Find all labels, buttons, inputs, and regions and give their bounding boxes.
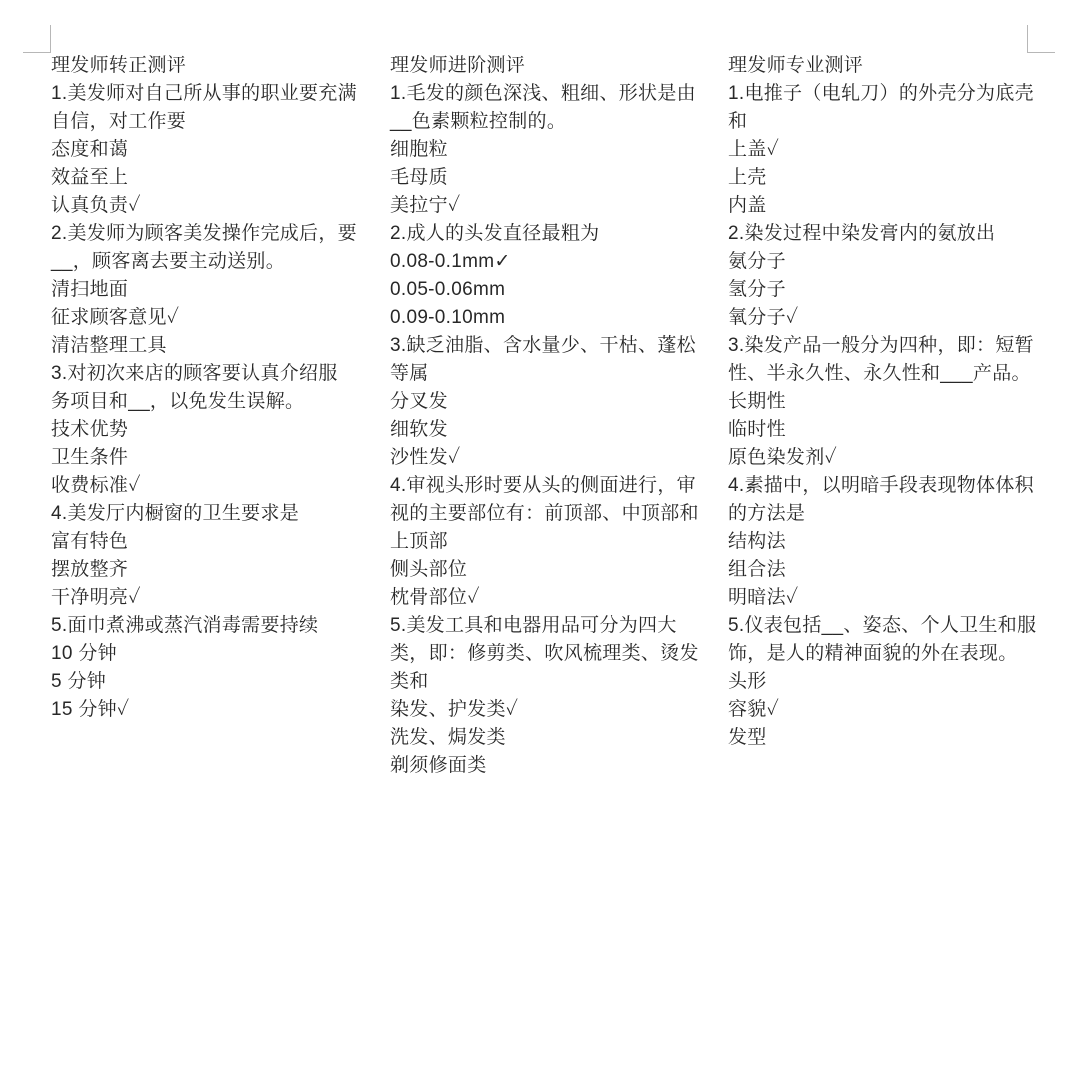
option: 5 分钟 <box>51 668 357 696</box>
option: 上盖✓ <box>728 136 1036 164</box>
option: 组合法 <box>728 556 1036 584</box>
question: 1.电推子（电轧刀）的外壳分为底壳 和 上盖✓ 上壳 内盖 <box>728 80 1036 220</box>
question-stem-line: 1.电推子（电轧刀）的外壳分为底壳 <box>728 80 1036 108</box>
question-stem-line: 务项目和__，以免发生误解。 <box>51 388 357 416</box>
question-stem-line: 自信，对工作要 <box>51 108 357 136</box>
question: 3.缺乏油脂、含水量少、干枯、蓬松 等属 分叉发 细软发 沙性发✓ <box>390 332 699 472</box>
question-stem-line: 2.染发过程中染发膏内的氨放出 <box>728 220 1036 248</box>
option: 清扫地面 <box>51 276 357 304</box>
option: 细胞粒 <box>390 136 699 164</box>
question: 2.成人的头发直径最粗为 0.08-0.1mm✓ 0.05-0.06mm 0.0… <box>390 220 699 332</box>
option: 细软发 <box>390 416 699 444</box>
option: 0.09-0.10mm <box>390 304 699 332</box>
option: 长期性 <box>728 388 1036 416</box>
option: 容貌✓ <box>728 696 1036 724</box>
question-stem-line: 5.美发工具和电器用品可分为四大 <box>390 612 699 640</box>
option: 技术优势 <box>51 416 357 444</box>
question-stem-line: 2.美发师为顾客美发操作完成后，要 <box>51 220 357 248</box>
question-stem-line: 3.缺乏油脂、含水量少、干枯、蓬松 <box>390 332 699 360</box>
question-stem-line: __色素颗粒控制的。 <box>390 108 699 136</box>
option: 氢分子 <box>728 276 1036 304</box>
question-stem-line: 1.毛发的颜色深浅、粗细、形状是由 <box>390 80 699 108</box>
option: 上壳 <box>728 164 1036 192</box>
document-page: 理发师转正测评 1.美发师对自己所从事的职业要充满 自信，对工作要 态度和蔼 效… <box>0 0 1080 1080</box>
question-stem-line: 1.美发师对自己所从事的职业要充满 <box>51 80 357 108</box>
option: 效益至上 <box>51 164 357 192</box>
question: 5.仪表包括__、姿态、个人卫生和服 饰，是人的精神面貌的外在表现。 头形 容貌… <box>728 612 1036 752</box>
option: 上顶部 <box>390 528 699 556</box>
option: 发型 <box>728 724 1036 752</box>
option: 干净明亮✓ <box>51 584 357 612</box>
option: 枕骨部位✓ <box>390 584 699 612</box>
option: 氧分子✓ <box>728 304 1036 332</box>
question: 3.对初次来店的顾客要认真介绍服 务项目和__，以免发生误解。 技术优势 卫生条… <box>51 360 357 500</box>
option: 态度和蔼 <box>51 136 357 164</box>
question-stem-line: 5.仪表包括__、姿态、个人卫生和服 <box>728 612 1036 640</box>
question: 1.毛发的颜色深浅、粗细、形状是由 __色素颗粒控制的。 细胞粒 毛母质 美拉宁… <box>390 80 699 220</box>
option: 0.08-0.1mm✓ <box>390 248 699 276</box>
option: 染发、护发类✓ <box>390 696 699 724</box>
option: 清洁整理工具 <box>51 332 357 360</box>
option: 摆放整齐 <box>51 556 357 584</box>
option: 征求顾客意见✓ <box>51 304 357 332</box>
question-stem-line: __，顾客离去要主动送别。 <box>51 248 357 276</box>
assessment-column-regular: 理发师转正测评 1.美发师对自己所从事的职业要充满 自信，对工作要 态度和蔼 效… <box>51 52 357 724</box>
question-stem-line: 3.染发产品一般分为四种，即：短暂 <box>728 332 1036 360</box>
question-stem-line: 4.素描中，以明暗手段表现物体体积 <box>728 472 1036 500</box>
question-stem-line: 3.对初次来店的顾客要认真介绍服 <box>51 360 357 388</box>
question: 4.素描中，以明暗手段表现物体体积 的方法是 结构法 组合法 明暗法✓ <box>728 472 1036 612</box>
option: 氨分子 <box>728 248 1036 276</box>
question: 3.染发产品一般分为四种，即：短暂 性、半永久性、永久性和___产品。 长期性 … <box>728 332 1036 472</box>
question: 2.美发师为顾客美发操作完成后，要 __，顾客离去要主动送别。 清扫地面 征求顾… <box>51 220 357 360</box>
question-stem-line: 和 <box>728 108 1036 136</box>
question-stem-line: 5.面巾煮沸或蒸汽消毒需要持续 <box>51 612 357 640</box>
question-stem-line: 视的主要部位有：前顶部、中顶部和 <box>390 500 699 528</box>
question-stem-line: 的方法是 <box>728 500 1036 528</box>
question: 4.美发厅内橱窗的卫生要求是 富有特色 摆放整齐 干净明亮✓ <box>51 500 357 612</box>
option: 沙性发✓ <box>390 444 699 472</box>
option: 富有特色 <box>51 528 357 556</box>
crop-mark-top-right <box>1027 25 1055 53</box>
question-stem-line: 4.美发厅内橱窗的卫生要求是 <box>51 500 357 528</box>
column-title: 理发师专业测评 <box>728 52 1036 80</box>
option: 洗发、焗发类 <box>390 724 699 752</box>
option: 结构法 <box>728 528 1036 556</box>
question-stem-line: 2.成人的头发直径最粗为 <box>390 220 699 248</box>
question: 5.面巾煮沸或蒸汽消毒需要持续 10 分钟 5 分钟 15 分钟✓ <box>51 612 357 724</box>
option: 15 分钟✓ <box>51 696 357 724</box>
column-title: 理发师转正测评 <box>51 52 357 80</box>
option: 收费标准✓ <box>51 472 357 500</box>
question-stem-line: 4.审视头形时要从头的侧面进行，审 <box>390 472 699 500</box>
question: 2.染发过程中染发膏内的氨放出 氨分子 氢分子 氧分子✓ <box>728 220 1036 332</box>
option: 侧头部位 <box>390 556 699 584</box>
option: 分叉发 <box>390 388 699 416</box>
question: 4.审视头形时要从头的侧面进行，审 视的主要部位有：前顶部、中顶部和 上顶部 侧… <box>390 472 699 612</box>
question-stem-line: 类，即：修剪类、吹风梳理类、烫发 <box>390 640 699 668</box>
column-title: 理发师进阶测评 <box>390 52 699 80</box>
option: 美拉宁✓ <box>390 192 699 220</box>
option: 剃须修面类 <box>390 752 699 780</box>
question: 5.美发工具和电器用品可分为四大 类，即：修剪类、吹风梳理类、烫发 类和 染发、… <box>390 612 699 780</box>
assessment-column-advanced: 理发师进阶测评 1.毛发的颜色深浅、粗细、形状是由 __色素颗粒控制的。 细胞粒… <box>390 52 699 780</box>
option: 10 分钟 <box>51 640 357 668</box>
option: 原色染发剂✓ <box>728 444 1036 472</box>
question-stem-line: 类和 <box>390 668 699 696</box>
question-stem-line: 性、半永久性、永久性和___产品。 <box>728 360 1036 388</box>
option: 明暗法✓ <box>728 584 1036 612</box>
option: 毛母质 <box>390 164 699 192</box>
option: 卫生条件 <box>51 444 357 472</box>
crop-mark-top-left <box>23 25 51 53</box>
question: 1.美发师对自己所从事的职业要充满 自信，对工作要 态度和蔼 效益至上 认真负责… <box>51 80 357 220</box>
question-stem-line: 等属 <box>390 360 699 388</box>
option: 临时性 <box>728 416 1036 444</box>
option: 头形 <box>728 668 1036 696</box>
option: 0.05-0.06mm <box>390 276 699 304</box>
option: 内盖 <box>728 192 1036 220</box>
assessment-column-professional: 理发师专业测评 1.电推子（电轧刀）的外壳分为底壳 和 上盖✓ 上壳 内盖 2.… <box>728 52 1036 752</box>
question-stem-line: 饰，是人的精神面貌的外在表现。 <box>728 640 1036 668</box>
option: 认真负责✓ <box>51 192 357 220</box>
